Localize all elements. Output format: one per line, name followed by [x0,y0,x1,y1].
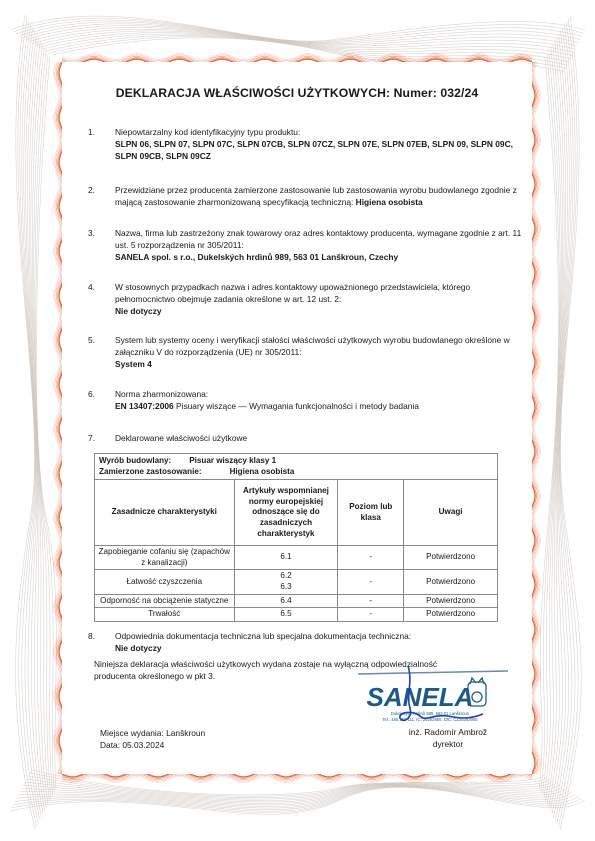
authorised-representative: Nie dotyczy [115,305,528,317]
table-info-cell: Wyrób budowlany:Pisuar wiszący klasy 1 Z… [95,454,498,480]
characteristic-cell: Łatwość czyszczenia [95,570,235,594]
table-header-row: Zasadnicze charakterystyki Artykuły wspo… [95,480,498,546]
signer-name: inż. Radomír Ambrož [398,726,498,738]
avcp-system: System 4 [115,358,528,370]
table-row: Odporność na obciążenie statyczne6.4-Pot… [95,594,498,608]
harmonised-standard: EN 13407:2006 [115,401,174,411]
section-5: 5. System lub systemy oceny i weryfikacj… [88,334,528,371]
level-cell: - [338,546,404,570]
table-row: Łatwość czyszczenia6.26.3-Potwierdzono [95,570,498,594]
section-3: 3. Nazwa, firma lub zastrzeżony znak tow… [88,227,528,264]
articles-cell: 6.5 [234,608,338,622]
remarks-cell: Potwierdzono [404,594,498,608]
characteristic-cell: Trwałość [95,608,235,622]
signatory: inż. Radomír Ambrož dyrektor [398,726,498,750]
sanela-logo: SANELA [367,682,474,712]
technical-documentation: Nie dotyczy [115,642,528,654]
performance-table: Wyrób budowlany:Pisuar wiszący klasy 1 Z… [94,453,498,622]
level-cell: - [338,594,404,608]
section-1: 1. Niepowtarzalny kod identyfikacyjny ty… [88,126,528,163]
articles-cell: 6.4 [234,594,338,608]
level-cell: - [338,570,404,594]
section-6: 6. Norma zharmonizowana: EN 13407:2006 P… [88,388,528,412]
issue-date: Data: 05.03.2024 [100,739,205,751]
remarks-cell: Potwierdzono [404,570,498,594]
characteristic-cell: Odporność na obciążenie statyczne [95,594,235,608]
document-page: DEKLARACJA WŁAŚCIWOŚCI UŻYTKOWYCH: Numer… [62,62,532,774]
level-cell: - [338,608,404,622]
section-1-text: Niepowtarzalny kod identyfikacyjny typu … [115,126,528,138]
section-7: 7. Deklarowane właściwości użytkowe [88,432,528,444]
intended-use: Higiena osobista [356,197,423,207]
issue-place-date: Miejsce wydania: Lanškroun Data: 05.03.2… [100,727,205,751]
product-codes: SLPN 06, SLPN 07, SLPN 07C, SLPN 07CB, S… [115,138,528,162]
section-4: 4. W stosownych przypadkach nazwa i adre… [88,281,528,318]
table-row: Trwałość6.5-Potwierdzono [95,608,498,622]
manufacturer-address: SANELA spol. s r.o., Dukelských hrdinů 9… [115,251,528,263]
articles-cell: 6.1 [234,546,338,570]
section-2: 2. Przewidziane przez producenta zamierz… [88,184,528,208]
characteristic-cell: Zapobieganie cofaniu się (zapachów z kan… [95,546,235,570]
document-title: DEKLARACJA WŁAŚCIWOŚCI UŻYTKOWYCH: Numer… [62,86,532,100]
company-stamp: SANELA Dukelských hrdinů 989, 563 01 Lan… [358,666,508,728]
signer-role: dyrektor [398,738,498,750]
articles-cell: 6.26.3 [234,570,338,594]
remarks-cell: Potwierdzono [404,608,498,622]
section-8: 8. Odpowiednia dokumentacja techniczna l… [88,630,528,654]
table-row: Zapobieganie cofaniu się (zapachów z kan… [95,546,498,570]
issue-place: Miejsce wydania: Lanškroun [100,727,205,739]
remarks-cell: Potwierdzono [404,546,498,570]
